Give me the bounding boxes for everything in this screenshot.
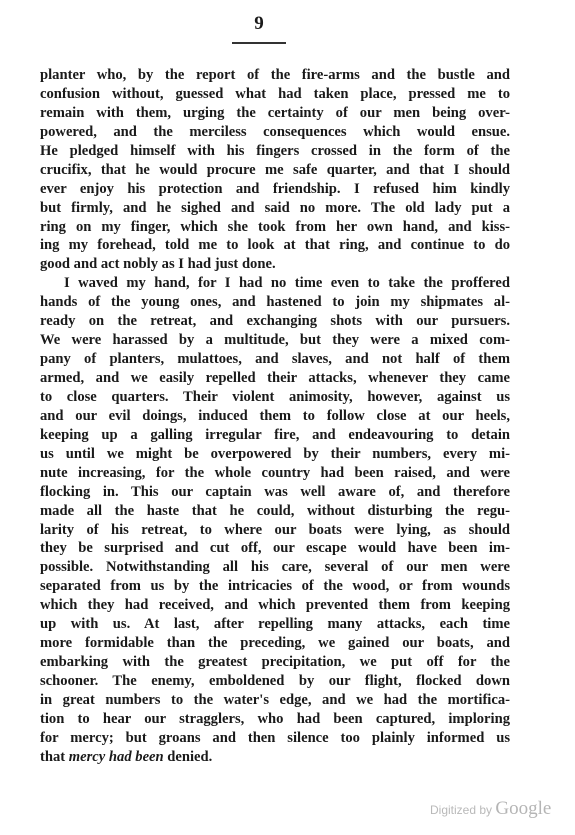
text-line: pany of planters, mulattoes, and slaves,… bbox=[40, 350, 510, 369]
text-line: ever enjoy his protection and friendship… bbox=[40, 180, 510, 199]
body-text: planter who, by the report of the fire-a… bbox=[40, 66, 510, 767]
text-line: keeping up a galling irregular fire, and… bbox=[40, 426, 510, 445]
text-line: more formidable than the preceding, we g… bbox=[40, 634, 510, 653]
text-line: schooner. The enemy, emboldened by our f… bbox=[40, 672, 510, 691]
text-line: in great numbers to the water's edge, an… bbox=[40, 691, 510, 710]
header-rule bbox=[232, 42, 286, 44]
text-line: ing my forehead, told me to look at that… bbox=[40, 236, 510, 255]
text-line: nute increasing, for the whole country h… bbox=[40, 464, 510, 483]
italic-emphasis: mercy had been bbox=[69, 749, 164, 765]
text-line: remain with them, urging the certainty o… bbox=[40, 104, 510, 123]
text-line: ready on the retreat, and exchanging sho… bbox=[40, 312, 510, 331]
final-line-end: denied. bbox=[164, 749, 213, 765]
text-line: made all the haste that he could, withou… bbox=[40, 502, 510, 521]
text-line: which they had received, and which preve… bbox=[40, 596, 510, 615]
page-number: 9 bbox=[229, 12, 289, 36]
text-line: confusion without, guessed what had take… bbox=[40, 85, 510, 104]
text-line: for mercy; but groans and then silence t… bbox=[40, 729, 510, 748]
text-line: armed, and we easily repelled their atta… bbox=[40, 369, 510, 388]
text-line: possible. Notwithstanding all his care, … bbox=[40, 558, 510, 577]
text-line: separated from us by the intricacies of … bbox=[40, 577, 510, 596]
text-line: planter who, by the report of the fire-a… bbox=[40, 66, 510, 85]
text-line: powered, and the merciless consequences … bbox=[40, 123, 510, 142]
digitized-by-google-watermark: Digitized by Google bbox=[430, 798, 551, 820]
text-line: to close quarters. Their violent animosi… bbox=[40, 388, 510, 407]
paragraph-start-line: I waved my hand, for I had no time even … bbox=[40, 274, 510, 293]
google-logo-text: Google bbox=[495, 798, 551, 819]
text-line: but firmly, and he sighed and said no mo… bbox=[40, 199, 510, 218]
final-line-start: that bbox=[40, 749, 69, 765]
text-line: crucifix, that he would procure me safe … bbox=[40, 161, 510, 180]
text-line: He pledged himself with his fingers cros… bbox=[40, 142, 510, 161]
text-line: hands of the young ones, and hastened to… bbox=[40, 293, 510, 312]
text-line: embarking with the greatest precipitatio… bbox=[40, 653, 510, 672]
text-line: ring on my finger, which she took from h… bbox=[40, 218, 510, 237]
text-line: up with us. At last, after repelling man… bbox=[40, 615, 510, 634]
paragraph-end-line: good and act nobly as I had just done. bbox=[40, 255, 510, 274]
text-line: and our evil doings, induced them to fol… bbox=[40, 407, 510, 426]
text-line: flocking in. This our captain was well a… bbox=[40, 483, 510, 502]
text-line: us until we might be overpowered by thei… bbox=[40, 445, 510, 464]
final-line: that mercy had been denied. bbox=[40, 748, 510, 767]
text-line: tion to hear our stragglers, who had bee… bbox=[40, 710, 510, 729]
watermark-prefix: Digitized by bbox=[430, 803, 495, 817]
text-line: larity of his retreat, to where our boat… bbox=[40, 521, 510, 540]
text-line: they be surprised and cut off, our escap… bbox=[40, 539, 510, 558]
text-line: We were harassed by a multitude, but the… bbox=[40, 331, 510, 350]
